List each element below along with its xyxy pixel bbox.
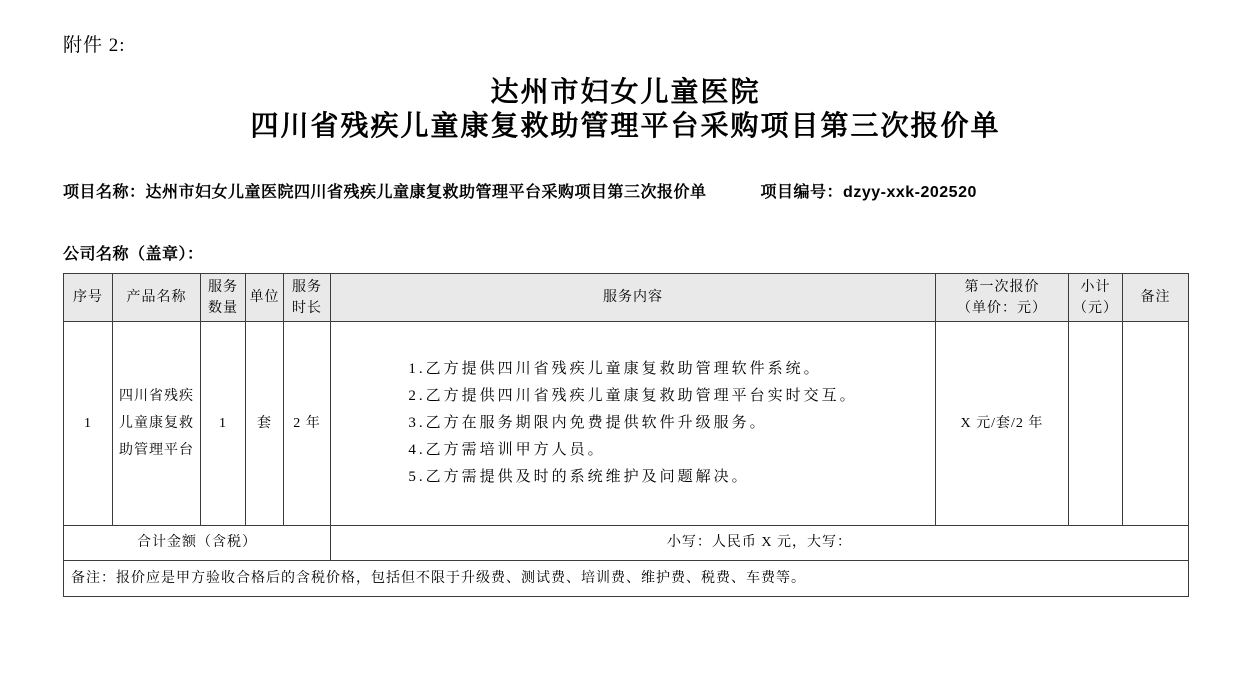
service-item: 4.乙方需培训甲方人员。 (408, 437, 857, 464)
service-content-list: 1.乙方提供四川省残疾儿童康复救助管理软件系统。 2.乙方提供四川省残疾儿童康复… (408, 356, 857, 491)
column-header-product: 产品名称 (113, 274, 201, 322)
project-name-label: 项目名称： (63, 184, 146, 201)
cell-unit: 套 (246, 322, 284, 526)
cell-service-content: 1.乙方提供四川省残疾儿童康复救助管理软件系统。 2.乙方提供四川省残疾儿童康复… (331, 322, 936, 526)
note-cell: 备注：报价应是甲方验收合格后的含税价格，包括但不限于升级费、测试费、培训费、维护… (64, 561, 1189, 597)
company-name-label: 公司名称（盖章）： (63, 241, 204, 264)
cell-remark (1123, 322, 1189, 526)
column-header-remark: 备注 (1123, 274, 1189, 322)
document-page: 附件 2: 达州市妇女儿童医院 四川省残疾儿童康复救助管理平台采购项目第三次报价… (0, 0, 1251, 673)
column-header-duration: 服务 时长 (284, 274, 331, 322)
column-header-content: 服务内容 (331, 274, 936, 322)
cell-first-quote: X 元/套/2 年 (936, 322, 1069, 526)
project-code-value: dzyy-xxk-202520 (843, 184, 977, 201)
column-header-qty: 服务 数量 (201, 274, 246, 322)
document-title: 达州市妇女儿童医院 四川省残疾儿童康复救助管理平台采购项目第三次报价单 (0, 76, 1251, 144)
total-label-cell: 合计金额（含税） (64, 526, 331, 561)
service-item: 3.乙方在服务期限内免费提供软件升级服务。 (408, 410, 857, 437)
column-header-subtotal: 小计 （元） (1069, 274, 1123, 322)
quotation-table: 序号 产品名称 服务 数量 单位 服务 时长 服务内容 第一次报价 （单价：元）… (63, 273, 1189, 597)
project-name-value: 达州市妇女儿童医院四川省残疾儿童康复救助管理平台采购项目第三次报价单 (146, 184, 707, 201)
service-item: 2.乙方提供四川省残疾儿童康复救助管理平台实时交互。 (408, 383, 857, 410)
column-header-unit: 单位 (246, 274, 284, 322)
cell-seq: 1 (64, 322, 113, 526)
total-row: 合计金额（含税） 小写：人民币 X 元，大写： (64, 526, 1189, 561)
project-code-label: 项目编号： (761, 184, 844, 201)
attachment-label: 附件 2: (63, 30, 126, 57)
total-value-cell: 小写：人民币 X 元，大写： (331, 526, 1189, 561)
column-header-seq: 序号 (64, 274, 113, 322)
table-header-row: 序号 产品名称 服务 数量 单位 服务 时长 服务内容 第一次报价 （单价：元）… (64, 274, 1189, 322)
table-row: 1 四川省残疾儿童康复救助管理平台 1 套 2 年 1.乙方提供四川省残疾儿童康… (64, 322, 1189, 526)
cell-subtotal (1069, 322, 1123, 526)
note-row: 备注：报价应是甲方验收合格后的含税价格，包括但不限于升级费、测试费、培训费、维护… (64, 561, 1189, 597)
cell-product: 四川省残疾儿童康复救助管理平台 (113, 322, 201, 526)
service-item: 1.乙方提供四川省残疾儿童康复救助管理软件系统。 (408, 356, 857, 383)
title-line-2: 四川省残疾儿童康复救助管理平台采购项目第三次报价单 (0, 110, 1251, 144)
cell-qty: 1 (201, 322, 246, 526)
service-item: 5.乙方需提供及时的系统维护及问题解决。 (408, 464, 857, 491)
project-meta-line: 项目名称：达州市妇女儿童医院四川省残疾儿童康复救助管理平台采购项目第三次报价单项… (63, 179, 977, 202)
cell-duration: 2 年 (284, 322, 331, 526)
column-header-first-quote: 第一次报价 （单价：元） (936, 274, 1069, 322)
title-line-1: 达州市妇女儿童医院 (0, 76, 1251, 110)
